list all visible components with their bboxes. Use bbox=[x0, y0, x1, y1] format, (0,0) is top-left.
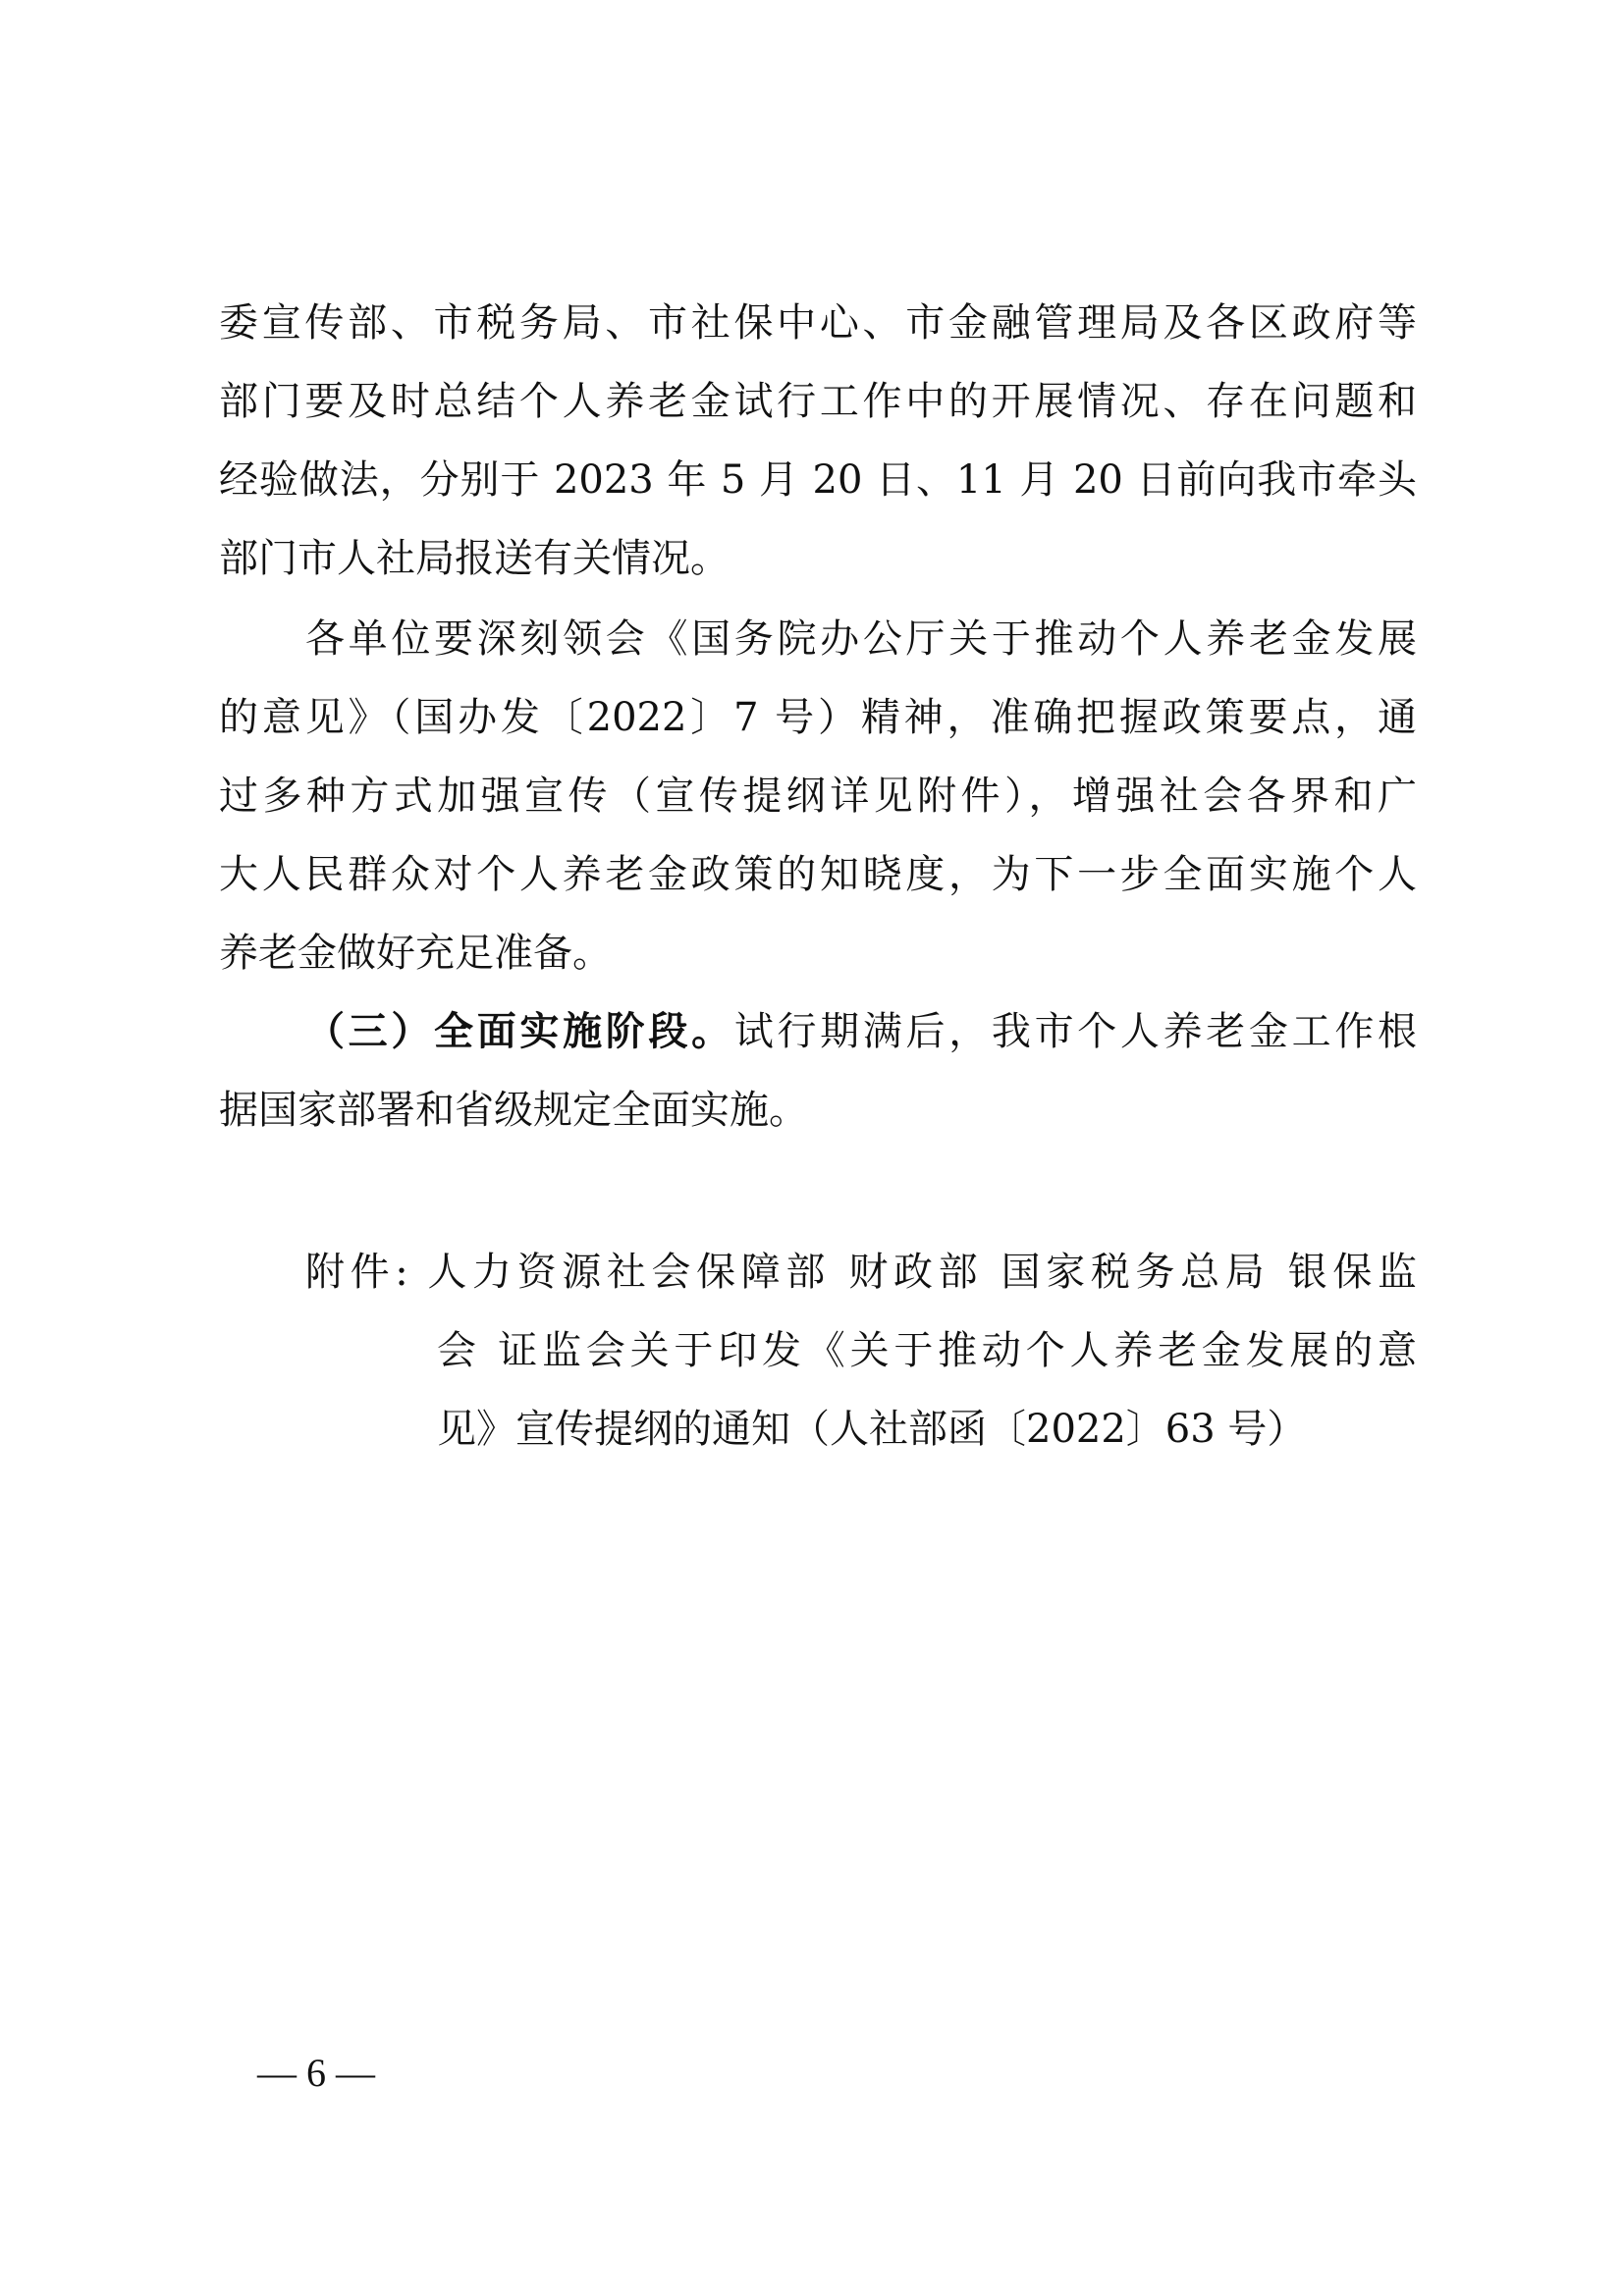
page-number: — 6 — bbox=[257, 2052, 375, 2095]
paragraph-3-line-2: 据国家部署和省级规定全面实施。 bbox=[219, 1087, 1417, 1134]
paragraph-1-line-2: 部门要及时总结个人养老金试行工作中的开展情况、存在问题和 bbox=[219, 378, 1417, 425]
attachment-label: 附件: bbox=[305, 1250, 408, 1295]
document-page: 委宣传部、市税务局、市社保中心、市金融管理局及各区政府等 部门要及时总结个人养老… bbox=[0, 0, 1623, 2296]
paragraph-1-line-1: 委宣传部、市税务局、市社保中心、市金融管理局及各区政府等 bbox=[219, 299, 1417, 347]
attachment-line-3: 见》宣传提纲的通知（人社部函〔2022〕63 号） bbox=[437, 1406, 1417, 1453]
paragraph-3-line-1: （三）全面实施阶段。试行期满后，我市个人养老金工作根 bbox=[305, 1008, 1417, 1055]
attachment-line-1: 附件:人力资源社会保障部 财政部 国家税务总局 银保监 bbox=[305, 1249, 1417, 1296]
paragraph-2-line-5: 养老金做好充足准备。 bbox=[219, 930, 1417, 977]
paragraph-2-line-4: 大人民群众对个人养老金政策的知晓度，为下一步全面实施个人 bbox=[219, 851, 1417, 898]
paragraph-3-text: 试行期满后，我市个人养老金工作根 bbox=[734, 1009, 1417, 1054]
paragraph-2-line-2: 的意见》（国办发〔2022〕7 号）精神，准确把握政策要点，通 bbox=[219, 694, 1417, 741]
paragraph-1-line-3: 经验做法，分别于 2023 年 5 月 20 日、11 月 20 日前向我市牵头 bbox=[219, 456, 1417, 504]
attachment-line-2: 会 证监会关于印发《关于推动个人养老金发展的意 bbox=[437, 1327, 1417, 1374]
paragraph-2-line-1: 各单位要深刻领会《国务院办公厅关于推动个人养老金发展 bbox=[305, 615, 1417, 663]
paragraph-2-line-3: 过多种方式加强宣传（宣传提纲详见附件），增强社会各界和广 bbox=[219, 773, 1417, 820]
attachment-title-part-1: 人力资源社会保障部 财政部 国家税务总局 银保监 bbox=[422, 1250, 1417, 1295]
section-heading: （三）全面实施阶段。 bbox=[305, 1008, 734, 1054]
paragraph-1-line-4: 部门市人社局报送有关情况。 bbox=[219, 535, 1417, 582]
